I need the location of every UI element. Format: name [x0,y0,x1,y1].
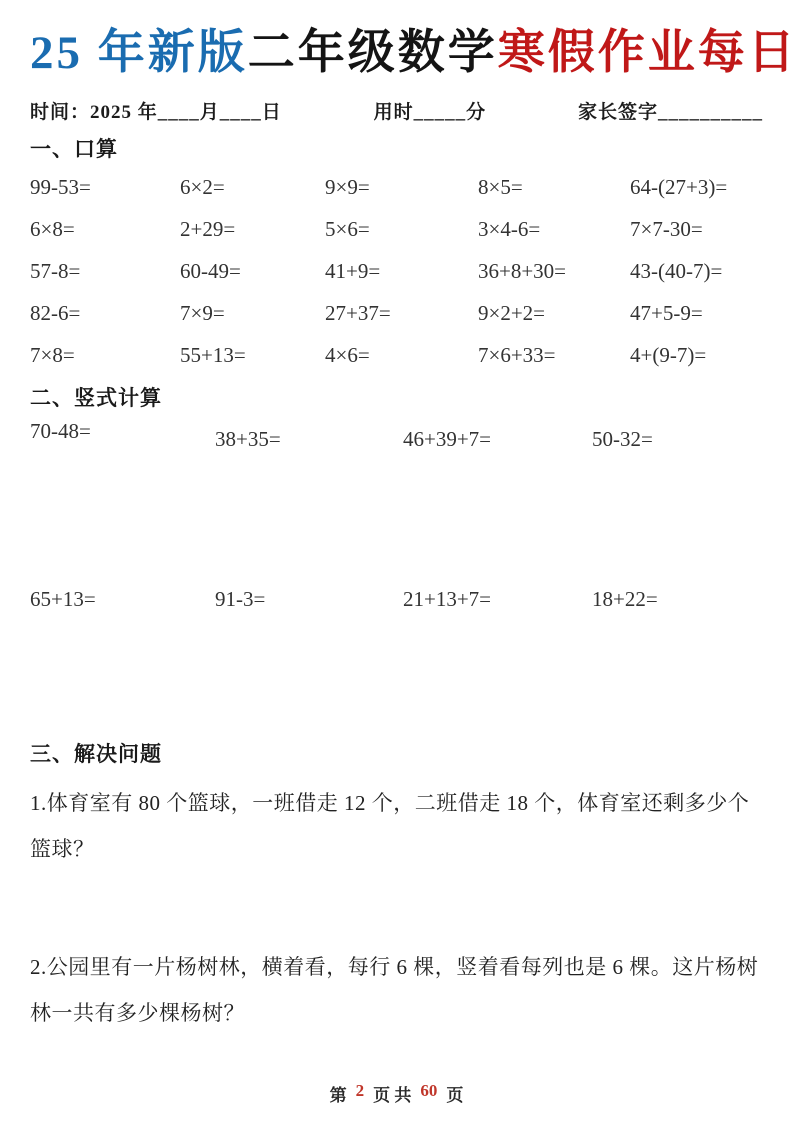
math-expression: 2+29= [180,208,325,250]
math-expression: 99-53= [30,166,180,208]
section-vertical-calc-heading: 二、竖式计算 [30,382,763,412]
math-expression: 7×8= [30,334,180,376]
math-expression: 18+22= [592,584,763,614]
math-expression: 27+37= [325,292,478,334]
math-expression: 47+5-9= [630,292,763,334]
title-edition: 25 年新版 [30,27,248,79]
math-expression: 7×7-30= [630,208,763,250]
page-title: 25 年新版二年级数学寒假作业每日一练 [30,0,763,83]
math-expression: 64-(27+3)= [630,166,763,208]
section-word-problems-heading: 三、解决问题 [30,738,763,768]
math-expression: 9×2+2= [478,292,630,334]
math-expression: 38+35= [215,424,403,454]
math-expression: 3×4-6= [478,208,630,250]
math-expression: 46+39+7= [403,424,592,454]
footer-prefix: 第 [330,1081,347,1106]
math-expression: 4×6= [325,334,478,376]
date-blank-field: 时间：2025 年____月____日 [30,97,282,124]
title-subject: 寒假作业每日一练 [498,27,793,79]
math-expression: 21+13+7= [403,584,592,614]
footer-suffix: 页 [446,1081,463,1106]
math-expression: 65+13= [30,584,215,614]
math-expression: 7×9= [180,292,325,334]
math-expression: 57-8= [30,250,180,292]
current-page-number: 2 [356,1081,365,1106]
word-problem-2: 2.公园里有一片杨树林，横着看，每行 6 棵，竖着看每列也是 6 棵。这片杨树林… [30,944,763,1036]
vertical-calc-row-1: 70-48= 38+35= 46+39+7= 50-32= [30,424,763,454]
math-expression: 36+8+30= [478,250,630,292]
math-expression: 50-32= [592,424,763,454]
word-problem-1: 1.体育室有 80 个篮球，一班借走 12 个，二班借走 18 个，体育室还剩多… [30,780,763,872]
math-expression: 82-6= [30,292,180,334]
duration-blank-field: 用时_____分 [374,97,487,124]
math-expression: 8×5= [478,166,630,208]
math-expression: 43-(40-7)= [630,250,763,292]
oral-calc-grid: 99-53= 6×2= 9×9= 8×5= 64-(27+3)= 6×8= 2+… [30,166,763,376]
math-expression: 6×8= [30,208,180,250]
math-expression: 41+9= [325,250,478,292]
math-expression: 91-3= [215,584,403,614]
math-expression: 55+13= [180,334,325,376]
title-grade: 二年级数学 [248,27,498,79]
page-footer: 第 2 页 共 60 页 [0,1081,793,1106]
meta-row: 时间：2025 年____月____日 用时_____分 家长签字_______… [30,97,763,124]
footer-middle: 页 共 [373,1081,411,1106]
math-expression: 4+(9-7)= [630,334,763,376]
math-expression: 9×9= [325,166,478,208]
math-expression: 5×6= [325,208,478,250]
parent-signature-blank-field: 家长签字__________ [578,97,763,124]
math-expression: 7×6+33= [478,334,630,376]
section-oral-calc-heading: 一、口算 [30,133,763,163]
math-expression: 6×2= [180,166,325,208]
worksheet-page: 25 年新版二年级数学寒假作业每日一练 时间：2025 年____月____日 … [0,0,793,1122]
total-pages: 60 [420,1081,437,1106]
math-expression: 60-49= [180,250,325,292]
vertical-calc-row-2: 65+13= 91-3= 21+13+7= 18+22= [30,584,763,614]
math-expression: 70-48= [30,416,215,446]
